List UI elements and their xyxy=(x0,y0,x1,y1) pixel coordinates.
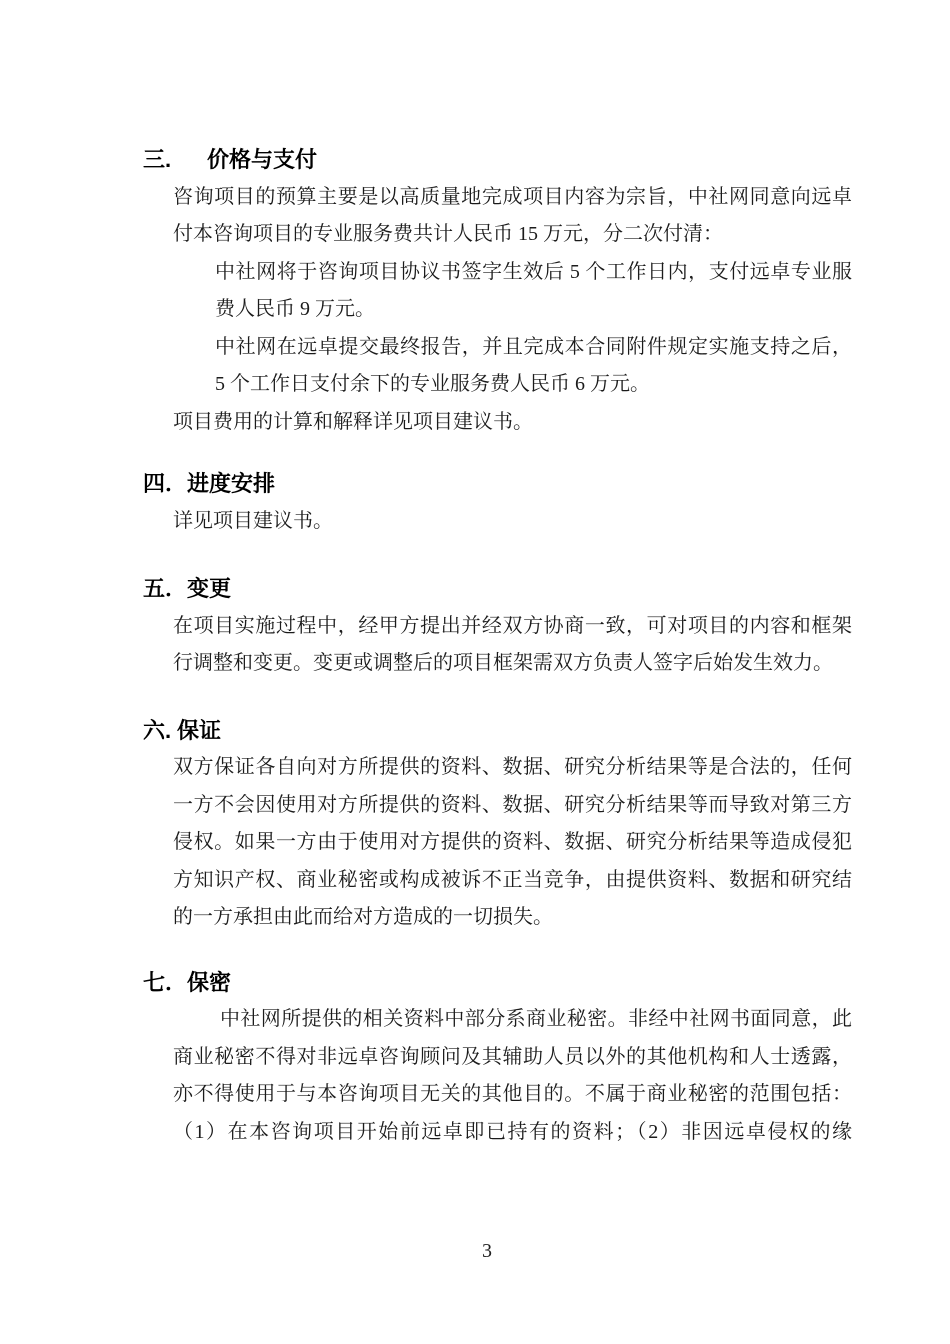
bullet-text: 中社网在远卓提交最终报告，并且完成本合同附件规定实施支持之后，于 xyxy=(215,336,852,367)
section-heading: 六.保证 xyxy=(143,712,950,750)
bullet-text: 中社网将于咨询项目协议书签字生效后 5 个工作日内，支付远卓专业服务 xyxy=(215,261,852,292)
paragraph-line: （1）在本咨询项目开始前远卓即已持有的资料；（2）非因远卓侵权的缘 xyxy=(173,1114,852,1152)
heading-number: 四． xyxy=(143,465,187,503)
section-heading: 七．保密 xyxy=(143,964,950,1002)
heading-title: 进度安排 xyxy=(187,471,275,496)
bullet-line: ●中社网将于咨询项目协议书签字生效后 5 个工作日内，支付远卓专业服务 xyxy=(215,254,852,292)
page-number: 3 xyxy=(0,1238,950,1264)
paragraph-line: 咨询项目的预算主要是以高质量地完成项目内容为宗旨，中社网同意向远卓支 xyxy=(173,179,852,217)
heading-title: 保证 xyxy=(177,718,221,743)
paragraph-line: 在项目实施过程中，经甲方提出并经双方协商一致，可对项目的内容和框架进 xyxy=(173,608,852,646)
paragraph-line: 中社网所提供的相关资料中部分系商业秘密。非经中社网书面同意，此类 xyxy=(220,1001,852,1039)
closing-line: 项目费用的计算和解释详见项目建议书。 xyxy=(173,404,950,442)
section-confidentiality: 七．保密 中社网所提供的相关资料中部分系商业秘密。非经中社网书面同意，此类 商业… xyxy=(143,964,950,1152)
bullet-line: 费人民币 9 万元。 xyxy=(215,291,950,329)
paragraph-line: 行调整和变更。变更或调整后的项目框架需双方负责人签字后始发生效力。 xyxy=(173,645,950,683)
paragraph-line: 付本咨询项目的专业服务费共计人民币 15 万元，分二次付清： xyxy=(173,216,950,254)
bullet-item: ●中社网将于咨询项目协议书签字生效后 5 个工作日内，支付远卓专业服务 费人民币… xyxy=(143,254,950,329)
section-warranty: 六.保证 双方保证各自向对方所提供的资料、数据、研究分析结果等是合法的，任何 一… xyxy=(143,712,950,937)
heading-number: 三. xyxy=(143,141,207,179)
paragraph-line: 双方保证各自向对方所提供的资料、数据、研究分析结果等是合法的，任何 xyxy=(173,749,852,787)
section-price-payment: 三.价格与支付 咨询项目的预算主要是以高质量地完成项目内容为宗旨，中社网同意向远… xyxy=(143,141,950,441)
heading-number: 六. xyxy=(143,712,177,750)
heading-title: 变更 xyxy=(187,576,231,601)
section-heading: 四．进度安排 xyxy=(143,465,950,503)
bullet-item: ●中社网在远卓提交最终报告，并且完成本合同附件规定实施支持之后，于 5 个工作日… xyxy=(143,329,950,404)
bullet-line: ●中社网在远卓提交最终报告，并且完成本合同附件规定实施支持之后，于 xyxy=(215,329,852,367)
bullet-line: 5 个工作日支付余下的专业服务费人民币 6 万元。 xyxy=(215,366,950,404)
bullet-list: ●中社网将于咨询项目协议书签字生效后 5 个工作日内，支付远卓专业服务 费人民币… xyxy=(143,254,950,404)
heading-number: 七． xyxy=(143,964,187,1002)
paragraph-line: 商业秘密不得对非远卓咨询顾问及其辅助人员以外的其他机构和人士透露， xyxy=(173,1039,852,1077)
section-schedule: 四．进度安排 详见项目建议书。 xyxy=(143,465,950,540)
paragraph-line: 一方不会因使用对方所提供的资料、数据、研究分析结果等而导致对第三方 xyxy=(173,787,852,825)
paragraph-line: 侵权。如果一方由于使用对方提供的资料、数据、研究分析结果等造成侵犯第三 xyxy=(173,824,852,862)
paragraph-line: 详见项目建议书。 xyxy=(173,503,950,541)
document-body: 三.价格与支付 咨询项目的预算主要是以高质量地完成项目内容为宗旨，中社网同意向远… xyxy=(143,141,950,1151)
paragraph-line: 的一方承担由此而给对方造成的一切损失。 xyxy=(173,899,950,937)
section-changes: 五．变更 在项目实施过程中，经甲方提出并经双方协商一致，可对项目的内容和框架进 … xyxy=(143,570,950,683)
section-heading: 五．变更 xyxy=(143,570,950,608)
heading-title: 价格与支付 xyxy=(207,147,317,172)
paragraph-line: 方知识产权、商业秘密或构成被诉不正当竞争，由提供资料、数据和研究结果 xyxy=(173,862,852,900)
paragraph-line: 亦不得使用于与本咨询项目无关的其他目的。不属于商业秘密的范围包括： xyxy=(173,1076,852,1114)
document-page: 三.价格与支付 咨询项目的预算主要是以高质量地完成项目内容为宗旨，中社网同意向远… xyxy=(0,0,950,1344)
heading-number: 五． xyxy=(143,570,187,608)
section-heading: 三.价格与支付 xyxy=(143,141,950,179)
heading-title: 保密 xyxy=(187,970,231,995)
